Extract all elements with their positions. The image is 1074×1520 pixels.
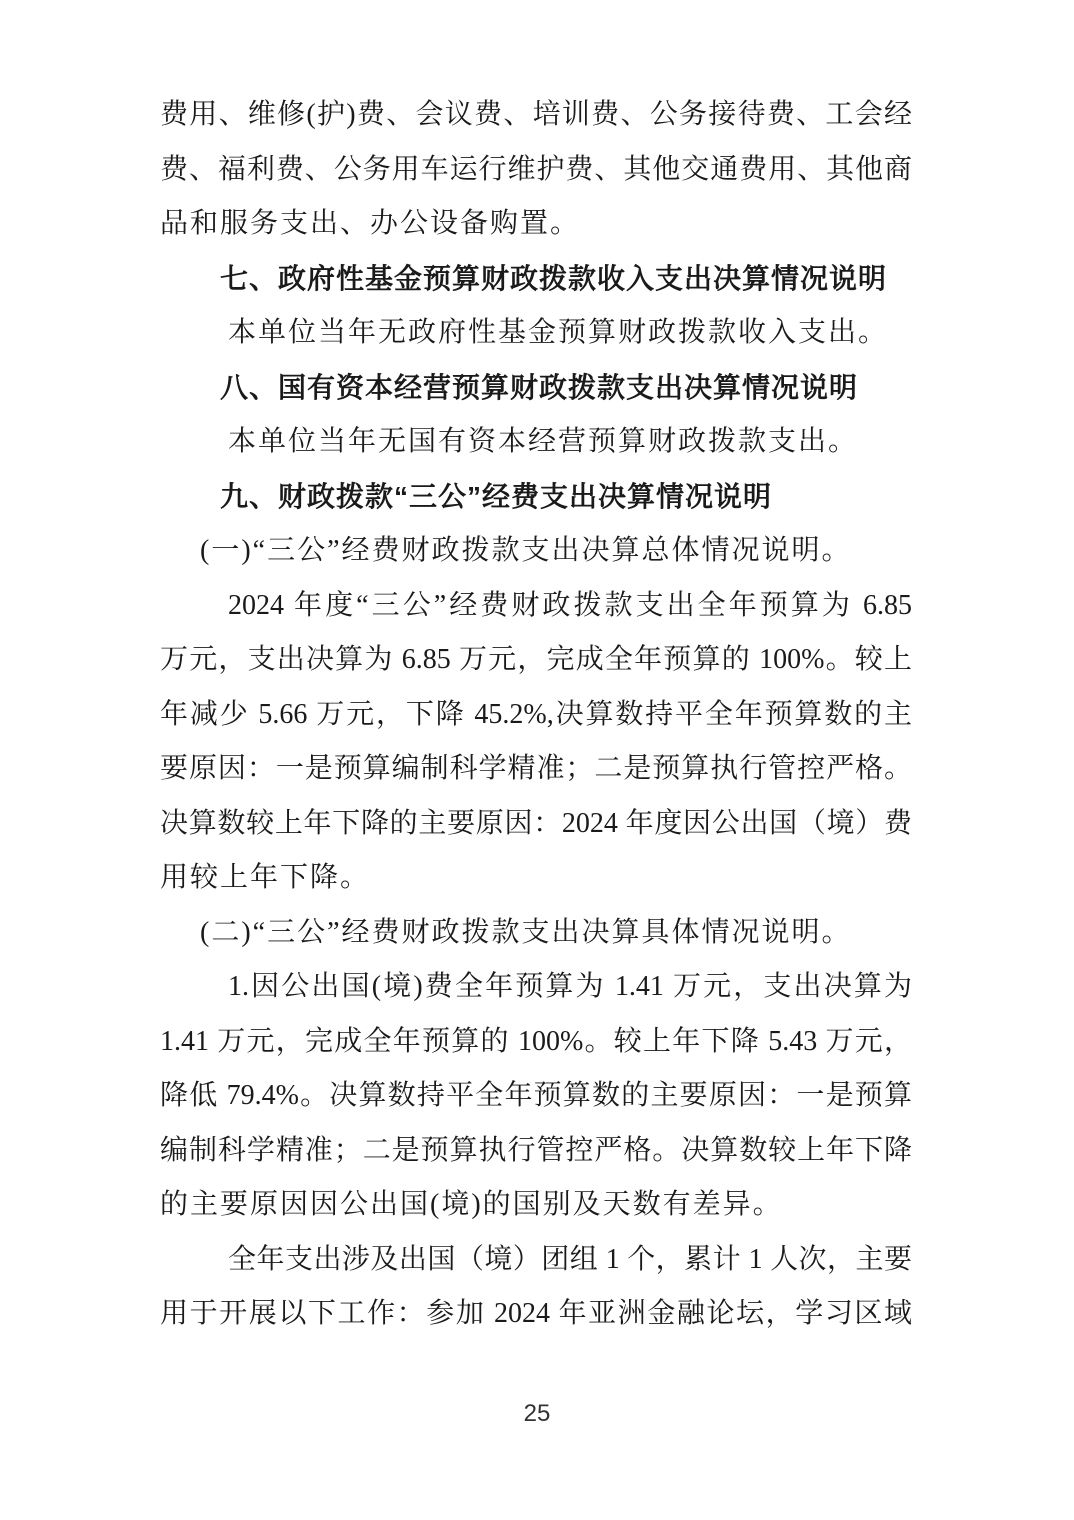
page-body-text: 费用、维修(护)费、会议费、培训费、公务接待费、工会经 费、福利费、公务用车运行… bbox=[160, 88, 912, 1342]
paragraph-line: 费、福利费、公务用车运行维护费、其他交通费用、其他商 bbox=[160, 143, 912, 198]
paragraph-line: 降低 79.4%。决算数持平全年预算数的主要原因：一是预算 bbox=[160, 1069, 912, 1124]
paragraph-line: 的主要原因因公出国(境)的国别及天数有差异。 bbox=[160, 1178, 912, 1233]
paragraph-line: 年减少 5.66 万元，下降 45.2%,决算数持平全年预算数的主 bbox=[160, 688, 912, 743]
paragraph-line: 万元，支出决算为 6.85 万元，完成全年预算的 100%。较上 bbox=[160, 633, 912, 688]
paragraph-line: 2024 年度“三公”经费财政拨款支出全年预算为 6.85 bbox=[160, 579, 912, 634]
paragraph-line: 1.41 万元，完成全年预算的 100%。较上年下降 5.43 万元， bbox=[160, 1015, 912, 1070]
paragraph-line: 费用、维修(护)费、会议费、培训费、公务接待费、工会经 bbox=[160, 88, 912, 143]
paragraph-line: 要原因：一是预算编制科学精准；二是预算执行管控严格。 bbox=[160, 742, 912, 797]
paragraph-line: 全年支出涉及出国（境）团组 1 个，累计 1 人次，主要 bbox=[160, 1233, 912, 1288]
paragraph-line: 本单位当年无政府性基金预算财政拨款收入支出。 bbox=[160, 306, 912, 361]
paragraph-line: 编制科学精准；二是预算执行管控严格。决算数较上年下降 bbox=[160, 1124, 912, 1179]
document-page: 费用、维修(护)费、会议费、培训费、公务接待费、工会经 费、福利费、公务用车运行… bbox=[0, 0, 1074, 1520]
paragraph-line: 1.因公出国(境)费全年预算为 1.41 万元，支出决算为 bbox=[160, 960, 912, 1015]
subsection-heading-1: (一)“三公”经费财政拨款支出决算总体情况说明。 bbox=[160, 524, 912, 579]
section-heading-7: 七、政府性基金预算财政拨款收入支出决算情况说明 bbox=[160, 252, 912, 307]
paragraph-line: 用于开展以下工作：参加 2024 年亚洲金融论坛，学习区域 bbox=[160, 1287, 912, 1342]
subsection-heading-2: (二)“三公”经费财政拨款支出决算具体情况说明。 bbox=[160, 906, 912, 961]
paragraph-line: 用较上年下降。 bbox=[160, 851, 912, 906]
page-number: 25 bbox=[0, 1400, 1074, 1428]
paragraph-line: 品和服务支出、办公设备购置。 bbox=[160, 197, 912, 252]
section-heading-8: 八、国有资本经营预算财政拨款支出决算情况说明 bbox=[160, 361, 912, 416]
paragraph-line: 决算数较上年下降的主要原因：2024 年度因公出国（境）费 bbox=[160, 797, 912, 852]
section-heading-9: 九、财政拨款“三公”经费支出决算情况说明 bbox=[160, 470, 912, 525]
paragraph-line: 本单位当年无国有资本经营预算财政拨款支出。 bbox=[160, 415, 912, 470]
